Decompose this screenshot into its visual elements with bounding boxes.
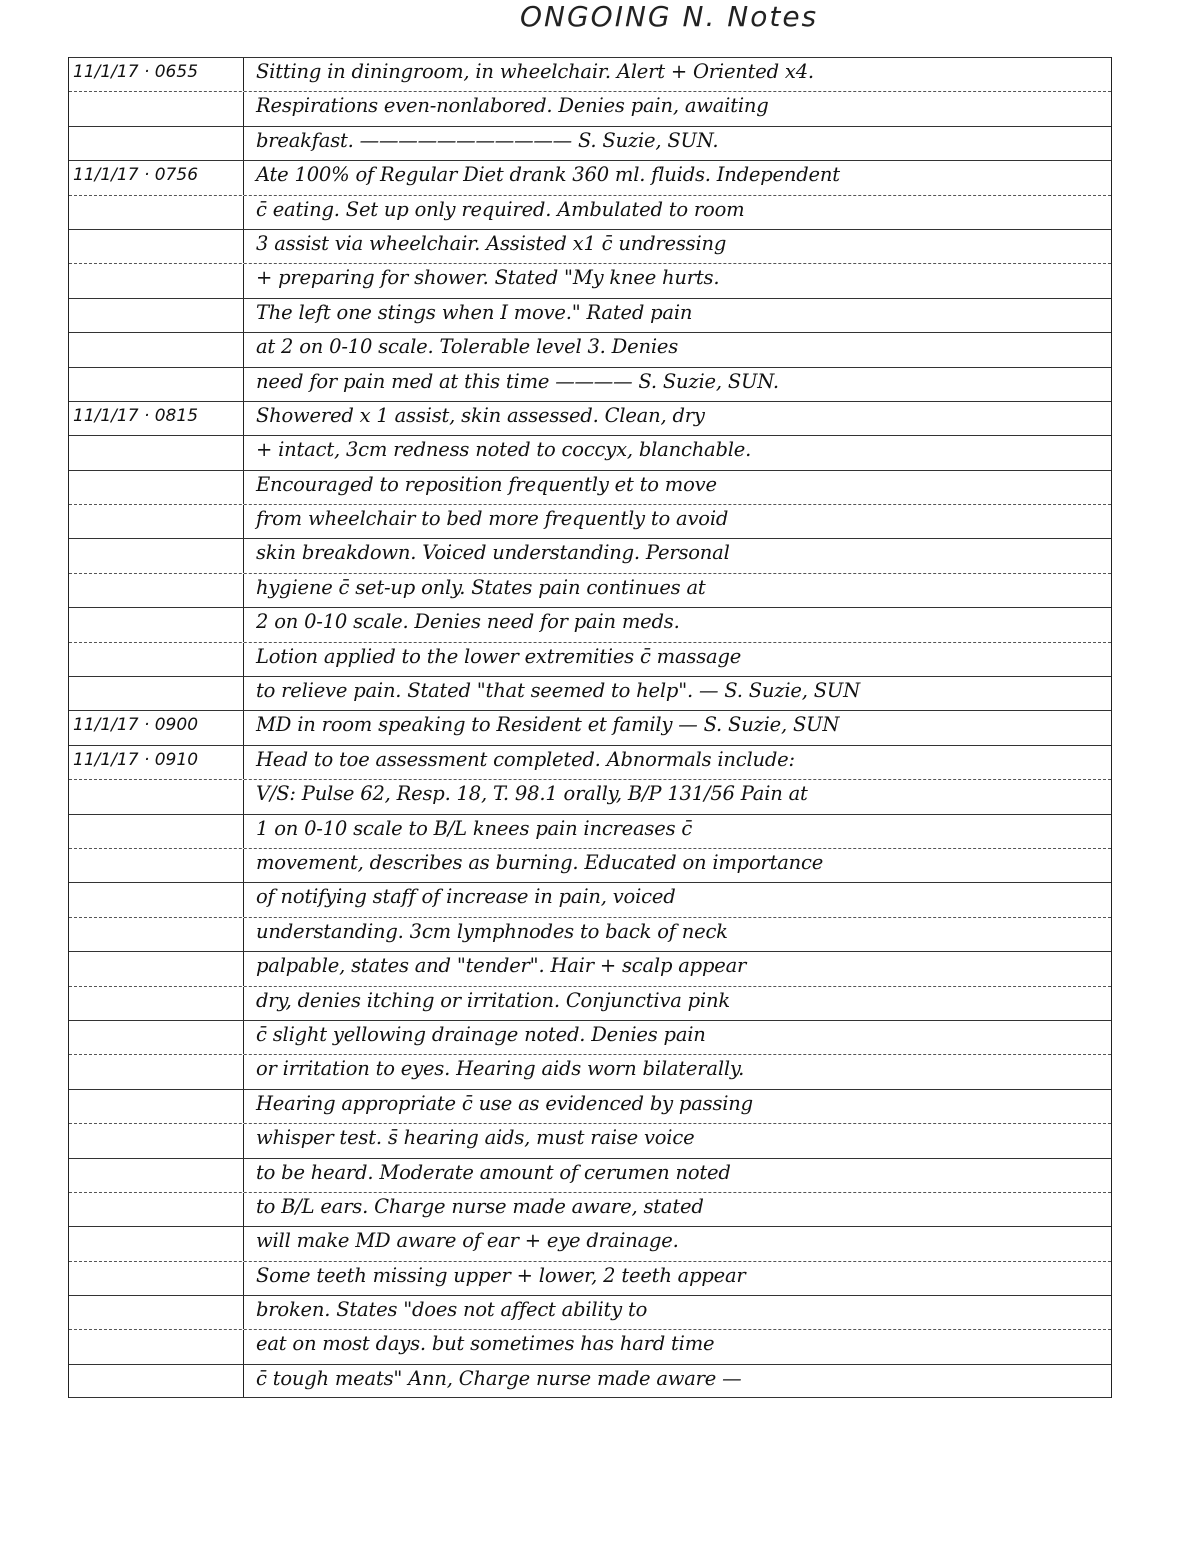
note-timestamp (69, 1090, 244, 1123)
note-text: 2 on 0-10 scale. Denies need for pain me… (244, 608, 1111, 641)
note-row: broken. States "does not affect ability … (69, 1295, 1111, 1329)
note-row: eat on most days. but sometimes has hard… (69, 1329, 1111, 1363)
note-row: 1 on 0-10 scale to B/L knees pain increa… (69, 814, 1111, 848)
note-row: need for pain med at this time ———— S. S… (69, 367, 1111, 401)
note-timestamp: 11/1/17 · 0815 (69, 402, 244, 435)
note-timestamp (69, 1296, 244, 1329)
note-timestamp (69, 608, 244, 641)
note-text: understanding. 3cm lymphnodes to back of… (244, 918, 1111, 951)
note-text: or irritation to eyes. Hearing aids worn… (244, 1055, 1111, 1088)
note-row: palpable, states and "tender". Hair + sc… (69, 951, 1111, 985)
note-text: Showered x 1 assist, skin assessed. Clea… (244, 402, 1111, 435)
note-timestamp (69, 196, 244, 229)
note-row: 2 on 0-10 scale. Denies need for pain me… (69, 607, 1111, 641)
note-text: V/S: Pulse 62, Resp. 18, T. 98.1 orally,… (244, 780, 1111, 813)
note-text: Sitting in diningroom, in wheelchair. Al… (244, 58, 1111, 91)
note-timestamp (69, 264, 244, 297)
note-timestamp (69, 987, 244, 1020)
note-text: Ate 100% of Regular Diet drank 360 ml. f… (244, 161, 1111, 194)
note-text: movement, describes as burning. Educated… (244, 849, 1111, 882)
note-text: need for pain med at this time ———— S. S… (244, 368, 1111, 401)
note-text: Lotion applied to the lower extremities … (244, 643, 1111, 676)
note-row: movement, describes as burning. Educated… (69, 848, 1111, 882)
note-timestamp (69, 883, 244, 916)
note-text: Hearing appropriate c̄ use as evidenced … (244, 1090, 1111, 1123)
note-timestamp (69, 92, 244, 125)
note-text: eat on most days. but sometimes has hard… (244, 1330, 1111, 1363)
note-timestamp (69, 1193, 244, 1226)
note-row: understanding. 3cm lymphnodes to back of… (69, 917, 1111, 951)
note-row: 3 assist via wheelchair. Assisted x1 c̄ … (69, 229, 1111, 263)
note-text: palpable, states and "tender". Hair + sc… (244, 952, 1111, 985)
note-timestamp (69, 1021, 244, 1054)
note-timestamp (69, 1365, 244, 1397)
note-row: or irritation to eyes. Hearing aids worn… (69, 1054, 1111, 1088)
note-row: + preparing for shower. Stated "My knee … (69, 263, 1111, 297)
note-text: 3 assist via wheelchair. Assisted x1 c̄ … (244, 230, 1111, 263)
note-timestamp (69, 471, 244, 504)
note-text: will make MD aware of ear + eye drainage… (244, 1227, 1111, 1260)
note-timestamp (69, 539, 244, 572)
note-row: 11/1/17 · 0815 Showered x 1 assist, skin… (69, 401, 1111, 435)
note-row: c̄ tough meats" Ann, Charge nurse made a… (69, 1364, 1111, 1398)
note-text: from wheelchair to bed more frequently t… (244, 505, 1111, 538)
note-timestamp (69, 299, 244, 332)
note-row: V/S: Pulse 62, Resp. 18, T. 98.1 orally,… (69, 779, 1111, 813)
note-row: c̄ eating. Set up only required. Ambulat… (69, 195, 1111, 229)
note-row: Respirations even-nonlabored. Denies pai… (69, 91, 1111, 125)
note-text: + intact, 3cm redness noted to coccyx, b… (244, 436, 1111, 469)
note-row: to relieve pain. Stated "that seemed to … (69, 676, 1111, 710)
note-row: 11/1/17 · 0900 MD in room speaking to Re… (69, 710, 1111, 744)
note-timestamp (69, 1227, 244, 1260)
note-text: skin breakdown. Voiced understanding. Pe… (244, 539, 1111, 572)
note-text: + preparing for shower. Stated "My knee … (244, 264, 1111, 297)
note-timestamp: 11/1/17 · 0655 (69, 58, 244, 91)
note-text: at 2 on 0-10 scale. Tolerable level 3. D… (244, 333, 1111, 366)
note-row: 11/1/17 · 0655 Sitting in diningroom, in… (69, 57, 1111, 91)
note-timestamp (69, 127, 244, 160)
note-row: 11/1/17 · 0756 Ate 100% of Regular Diet … (69, 160, 1111, 194)
note-timestamp (69, 918, 244, 951)
note-row: to B/L ears. Charge nurse made aware, st… (69, 1192, 1111, 1226)
note-text: breakfast. ——————————— S. Suzie, SUN. (244, 127, 1111, 160)
note-row: + intact, 3cm redness noted to coccyx, b… (69, 435, 1111, 469)
note-row: breakfast. ——————————— S. Suzie, SUN. (69, 126, 1111, 160)
note-text: dry, denies itching or irritation. Conju… (244, 987, 1111, 1020)
note-timestamp: 11/1/17 · 0900 (69, 711, 244, 744)
note-timestamp (69, 952, 244, 985)
note-timestamp (69, 1262, 244, 1295)
note-timestamp (69, 1055, 244, 1088)
note-timestamp (69, 643, 244, 676)
note-timestamp (69, 1159, 244, 1192)
note-text: The left one stings when I move." Rated … (244, 299, 1111, 332)
note-row: 11/1/17 · 0910 Head to toe assessment co… (69, 745, 1111, 779)
note-text: c̄ eating. Set up only required. Ambulat… (244, 196, 1111, 229)
note-text: to be heard. Moderate amount of cerumen … (244, 1159, 1111, 1192)
note-timestamp (69, 849, 244, 882)
note-text: broken. States "does not affect ability … (244, 1296, 1111, 1329)
note-timestamp: 11/1/17 · 0910 (69, 746, 244, 779)
note-row: hygiene c̄ set-up only. States pain cont… (69, 573, 1111, 607)
note-timestamp (69, 436, 244, 469)
note-row: to be heard. Moderate amount of cerumen … (69, 1158, 1111, 1192)
note-text: Encouraged to reposition frequently et t… (244, 471, 1111, 504)
note-row: The left one stings when I move." Rated … (69, 298, 1111, 332)
note-row: Hearing appropriate c̄ use as evidenced … (69, 1089, 1111, 1123)
note-text: 1 on 0-10 scale to B/L knees pain increa… (244, 815, 1111, 848)
note-text: hygiene c̄ set-up only. States pain cont… (244, 574, 1111, 607)
note-row: Some teeth missing upper + lower, 2 teet… (69, 1261, 1111, 1295)
note-row: will make MD aware of ear + eye drainage… (69, 1226, 1111, 1260)
note-row: Encouraged to reposition frequently et t… (69, 470, 1111, 504)
note-text: whisper test. s̄ hearing aids, must rais… (244, 1124, 1111, 1157)
note-text: c̄ slight yellowing drainage noted. Deni… (244, 1021, 1111, 1054)
note-row: at 2 on 0-10 scale. Tolerable level 3. D… (69, 332, 1111, 366)
note-text: of notifying staff of increase in pain, … (244, 883, 1111, 916)
note-timestamp: 11/1/17 · 0756 (69, 161, 244, 194)
note-text: Head to toe assessment completed. Abnorm… (244, 746, 1111, 779)
note-row: Lotion applied to the lower extremities … (69, 642, 1111, 676)
note-timestamp (69, 368, 244, 401)
note-timestamp (69, 574, 244, 607)
note-timestamp (69, 677, 244, 710)
note-timestamp (69, 230, 244, 263)
note-row: skin breakdown. Voiced understanding. Pe… (69, 538, 1111, 572)
note-timestamp (69, 505, 244, 538)
note-text: to B/L ears. Charge nurse made aware, st… (244, 1193, 1111, 1226)
page-title: ONGOING N. Notes (520, 0, 940, 40)
note-row: dry, denies itching or irritation. Conju… (69, 986, 1111, 1020)
note-timestamp (69, 333, 244, 366)
nursing-notes-sheet: 11/1/17 · 0655 Sitting in diningroom, in… (68, 57, 1112, 1398)
note-timestamp (69, 815, 244, 848)
note-text: MD in room speaking to Resident et famil… (244, 711, 1111, 744)
note-timestamp (69, 1124, 244, 1157)
note-text: Respirations even-nonlabored. Denies pai… (244, 92, 1111, 125)
note-row: whisper test. s̄ hearing aids, must rais… (69, 1123, 1111, 1157)
note-text: to relieve pain. Stated "that seemed to … (244, 677, 1111, 710)
note-timestamp (69, 1330, 244, 1363)
note-timestamp (69, 780, 244, 813)
note-row: of notifying staff of increase in pain, … (69, 882, 1111, 916)
note-text: Some teeth missing upper + lower, 2 teet… (244, 1262, 1111, 1295)
note-text: c̄ tough meats" Ann, Charge nurse made a… (244, 1365, 1111, 1397)
note-row: c̄ slight yellowing drainage noted. Deni… (69, 1020, 1111, 1054)
note-row: from wheelchair to bed more frequently t… (69, 504, 1111, 538)
